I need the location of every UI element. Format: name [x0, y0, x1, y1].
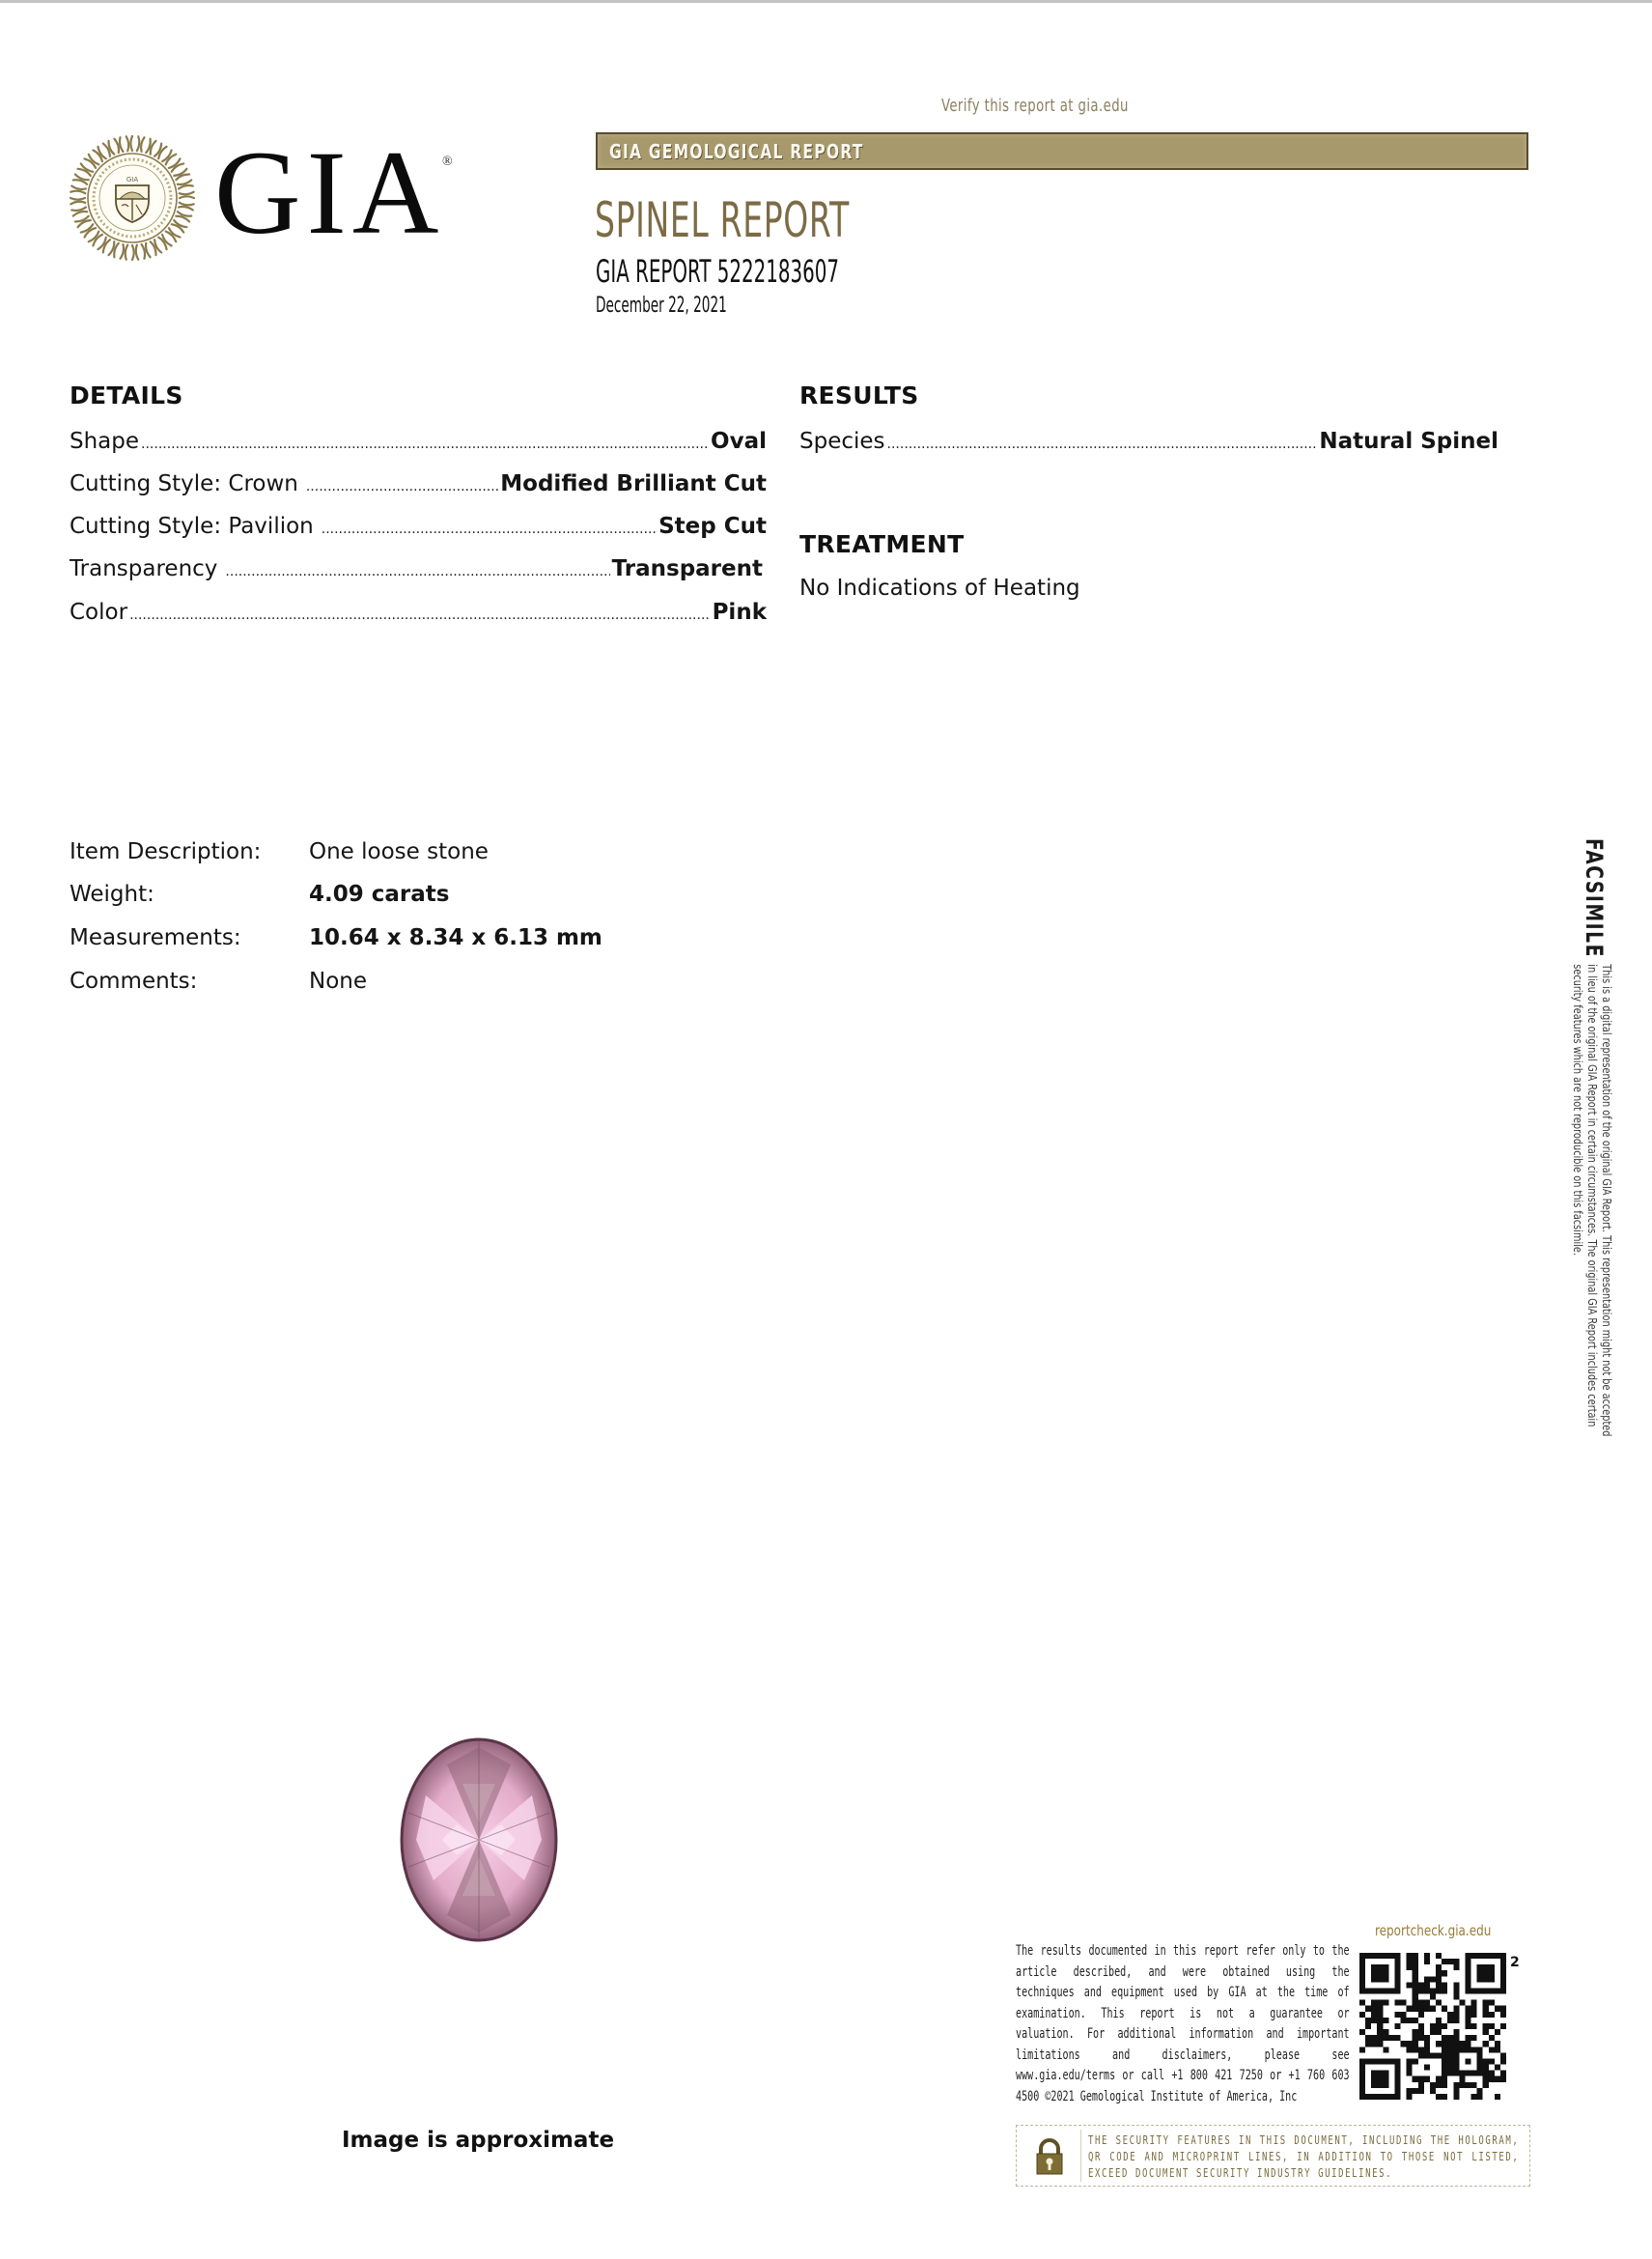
item-value: None	[309, 967, 367, 996]
details-row-color: ColorPink	[70, 598, 767, 630]
item-label: Comments:	[70, 967, 197, 996]
details-value: Transparent	[612, 554, 763, 583]
gem-image-caption: Image is approximate	[338, 2128, 618, 2153]
top-rule	[0, 0, 1652, 3]
details-label: Transparency	[70, 554, 217, 583]
leader-dots	[887, 430, 1318, 459]
item-value: 10.64 x 8.34 x 6.13 mm	[309, 923, 602, 952]
details-label: Color	[70, 598, 127, 627]
details-heading: DETAILS	[70, 381, 183, 409]
leader-dots	[129, 601, 711, 630]
details-value: Step Cut	[658, 512, 767, 541]
svg-text:GIA: GIA	[126, 176, 138, 184]
results-label: Species	[799, 427, 885, 456]
treatment-text: No Indications of Heating	[799, 574, 1080, 603]
details-value: Oval	[711, 427, 767, 456]
registered-mark: ®	[442, 155, 453, 170]
item-label: Measurements:	[70, 923, 241, 952]
verify-report-link[interactable]: Verify this report at gia.edu	[941, 96, 1129, 116]
facsimile-notice: FACSIMILE This is a digital representati…	[1547, 838, 1614, 1442]
padlock-icon	[1030, 2137, 1069, 2176]
facsimile-text: This is a digital representation of the …	[1571, 964, 1614, 1436]
facsimile-title: FACSIMILE	[1574, 838, 1614, 958]
item-value: One loose stone	[309, 837, 489, 866]
results-row-species: SpeciesNatural Spinel	[799, 427, 1498, 459]
details-row-pavilion: Cutting Style: PavilionStep Cut	[70, 512, 767, 544]
treatment-heading: TREATMENT	[799, 530, 964, 558]
report-date: December 22, 2021	[596, 294, 727, 319]
gia-wordmark-logo: GIA	[214, 133, 444, 253]
qr-code-icon[interactable]	[1359, 1953, 1506, 2100]
disclaimer-text: The results documented in this report re…	[1016, 1941, 1350, 2107]
oval-pink-gem-icon	[399, 1736, 559, 1944]
gia-seal-logo-icon: GIA	[66, 131, 199, 265]
report-title: SPINEL REPORT	[595, 193, 850, 247]
details-row-shape: ShapeOval	[70, 427, 767, 459]
banner-title: GIA GEMOLOGICAL REPORT	[609, 140, 864, 163]
leader-dots	[306, 472, 498, 501]
leader-dots	[225, 557, 609, 586]
item-value: 4.09 carats	[309, 880, 449, 909]
details-label: Shape	[70, 427, 139, 456]
details-label: Cutting Style: Pavilion	[70, 512, 314, 541]
security-notice: The security features in this document, …	[1016, 2125, 1530, 2187]
details-value: Modified Brilliant Cut	[500, 469, 767, 498]
details-value: Pink	[713, 598, 767, 627]
report-number: GIA REPORT 5222183607	[596, 253, 839, 290]
report-type-banner: GIA GEMOLOGICAL REPORT	[596, 132, 1528, 170]
results-heading: RESULTS	[799, 381, 919, 409]
reportcheck-link[interactable]: reportcheck.gia.edu	[1375, 1922, 1491, 1939]
leader-dots	[141, 430, 709, 459]
details-label: Cutting Style: Crown	[70, 469, 298, 498]
details-row-transparency: TransparencyTransparent	[70, 554, 763, 586]
divider	[1080, 2130, 1081, 2182]
security-text: The security features in this document, …	[1088, 2132, 1519, 2181]
details-row-crown: Cutting Style: CrownModified Brilliant C…	[70, 469, 767, 501]
item-label: Item Description:	[70, 837, 261, 866]
results-value: Natural Spinel	[1319, 427, 1498, 456]
item-label: Weight:	[70, 880, 154, 909]
leader-dots	[322, 515, 657, 544]
qr-version-number: 2	[1510, 1955, 1520, 1970]
